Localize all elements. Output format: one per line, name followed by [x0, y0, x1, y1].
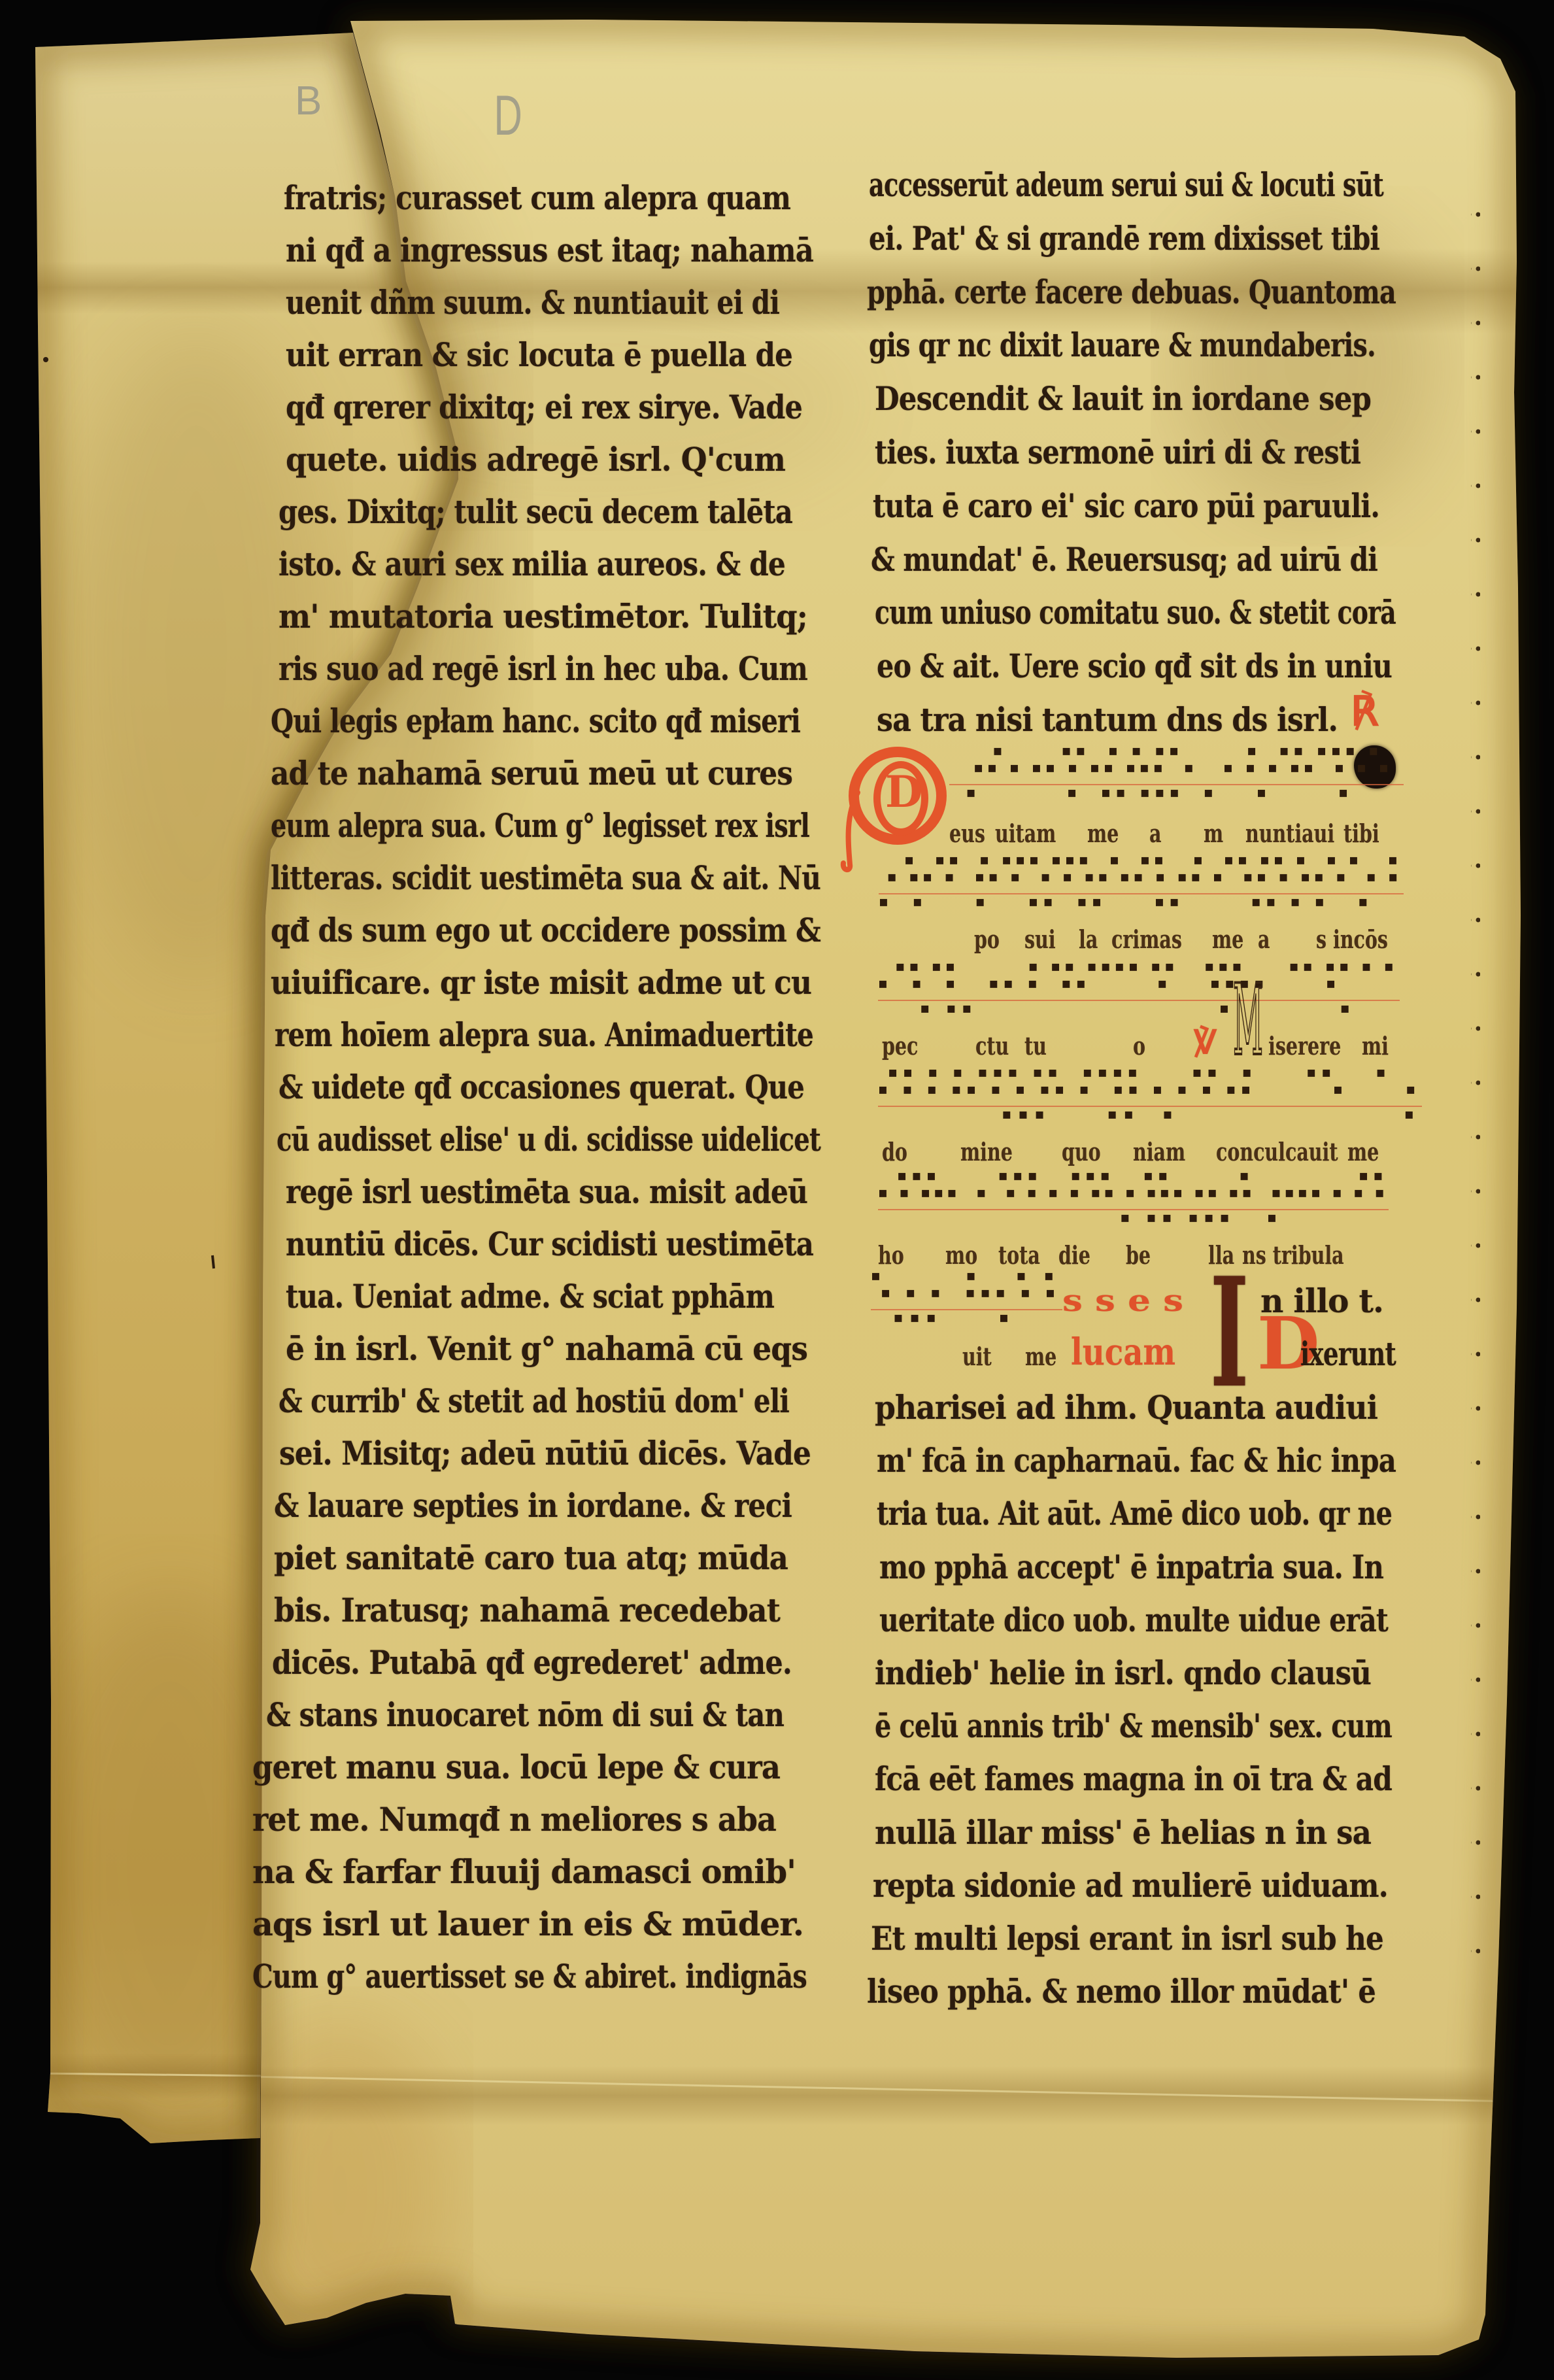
text-line: liseo pphā. & nemo illor mūdat' ē	[867, 1965, 1376, 2018]
lyric-syllable: be	[1126, 1243, 1151, 1268]
text-line: isto. & auri sex milia aureos. & de	[279, 538, 785, 590]
text-line: ē in isrl. Venit g° nahamā cū eqs	[286, 1323, 807, 1375]
neumes: ▪▪ ▪▪ ▪ ▪▪ ▪▪▪▪ ▪▪ ▪▪▪ ▪▪ ▪▪ ▪ ▪	[878, 960, 1398, 974]
text-line: qđ qrerer dixitq; ei rex sirye. Vade	[286, 381, 802, 433]
pencil-mark-b: B	[295, 81, 322, 122]
text-line: sei. Misitq; adeū nūtiū dicēs. Vade	[279, 1427, 811, 1480]
neumes: ▪ ▪▪ ▪ ▪▪▪ ▪▪▪ ▪ ▪▪ ▪ ▪▪ ▪▪ ▪ ▪ ▪ ▪	[879, 853, 1402, 868]
text-line: Et multi lepsi erant in isrl sub he	[871, 1912, 1383, 1965]
neumes: ▪ ▪ ▪ ▪▪ ▪ ▪ ▪▪ ▪ ▪▪ ▪ ▪ ▪ ▪▪ ▪ ▪	[878, 1083, 1421, 1097]
text-line: tuta ē caro ei' sic caro pūi paruuli.	[873, 480, 1379, 532]
text-line: ris suo ad regē isrl in hec uba. Cum	[279, 643, 807, 695]
lyric-syllable: conculcauit	[1216, 1140, 1338, 1164]
text-line: litteras. scidit uestimēta sua & ait. Nū	[271, 852, 820, 904]
text-line: gis qr nc dixit lauare & mundaberis.	[869, 319, 1376, 371]
text-line: pphā. certe facere debuas. Quantoma	[867, 266, 1396, 318]
lyric-syllable: mi	[1362, 1034, 1389, 1059]
neumes: ▪ ▪ ▪ ▪▪▪ ▪ ▪	[871, 1286, 1060, 1300]
neumes: ▪ ▪▪ ▪ ▪	[878, 1002, 1398, 1016]
text-line: dicēs. Putabā qđ egrederet' adme.	[272, 1637, 792, 1689]
text-line: nullā illar miss' ē helias n in sa	[875, 1807, 1371, 1859]
text-line: na & farfar fluuij damasci omib'	[252, 1846, 796, 1898]
lyric-syllable: o	[1133, 1034, 1145, 1059]
text-line: ueritate dico uob. multe uidue erāt	[879, 1594, 1388, 1646]
lyric-syllable: nuntiaui	[1245, 821, 1334, 846]
text-line: m' fcā in capharnaū. fac & hic inpa	[877, 1435, 1396, 1487]
text-line: nuntiū dicēs. Cur scidisti uestimēta	[286, 1218, 813, 1270]
lyric-syllable: uit	[962, 1344, 992, 1369]
text-line: ni qđ a ingressus est itaq; nahamā	[286, 224, 813, 277]
text-line: eum alepra sua. Cum g° legisset rex isrl	[271, 800, 809, 852]
lyric-syllable: po	[974, 927, 1000, 952]
neumes: ▪▪▪ ▪	[871, 1311, 1060, 1325]
lyric-syllable: m	[1204, 821, 1223, 846]
lyric-syllable: incōs	[1333, 927, 1388, 952]
responsory-rubric-mark: ℟	[1351, 692, 1379, 732]
neumes: ▪ ▪ ▪ ▪	[871, 1269, 1060, 1283]
margin-tick	[212, 1255, 214, 1268]
lyric-syllable: crimas	[1111, 927, 1182, 952]
text-line: Descendit & lauit in iordane sep	[875, 373, 1371, 425]
text-line: mo pphā accept' ē inpatria sua. In	[879, 1541, 1383, 1593]
gospel-rubric: s s e s	[1062, 1285, 1183, 1316]
text-line: quete. uidis adregē isrl. Q'cum	[286, 433, 785, 486]
text-line: ges. Dixitq; tulit secū decem talēta	[279, 486, 792, 538]
text-line: Cum g° auertisset se & abiret. indignās	[252, 1950, 807, 2003]
lyric-syllable: ns tribula	[1242, 1243, 1344, 1268]
lyric-syllable: a	[1149, 821, 1161, 846]
lyric-syllable: niam	[1133, 1140, 1185, 1164]
text-line: tua. Ueniat adme. & sciat pphām	[286, 1270, 774, 1323]
lyric-syllable: tibi	[1343, 821, 1379, 846]
lyric-syllable: la	[1079, 927, 1098, 952]
text-line: aqs isrl ut lauer in eis & mūder.	[252, 1898, 803, 1950]
gospel-incipit-cont: ixerunt	[1300, 1328, 1396, 1380]
margin-dot	[43, 357, 48, 362]
lyric-syllable: s	[1316, 927, 1326, 952]
text-line: ties. iuxta sermonē uiri di & resti	[875, 426, 1360, 479]
lyric-syllable: a	[1258, 927, 1270, 952]
text-line: tria tua. Ait aūt. Amē dico uob. qr ne	[877, 1487, 1392, 1540]
lyric-syllable: quo	[1062, 1140, 1101, 1164]
text-line: & stans inuocaret nōm di sui & tan	[266, 1689, 784, 1741]
text-line: repta sidonie ad mulierē uiduam.	[873, 1860, 1388, 1912]
neumes: ▪ ▪ ▪ ▪▪ ▪ ▪▪ ▪ ▪▪▪▪ ▪	[878, 977, 1398, 991]
lyric-syllable: mine	[960, 1140, 1013, 1164]
text-line: qđ ds sum ego ut occidere possim &	[271, 904, 820, 957]
text-line: Qui legis epłam hanc. scito qđ miseri	[271, 695, 800, 747]
lyric-syllable: iserere	[1268, 1034, 1341, 1059]
text-line: cum uniuso comitatu suo. & stetit corā	[875, 586, 1396, 639]
text-line: accesserūt adeum serui sui & locuti sūt	[869, 159, 1383, 211]
text-line: m' mutatoria uestimētor. Tulitq;	[279, 590, 807, 643]
text-line: rem hoīem alepra sua. Animaduertite	[275, 1009, 813, 1061]
lyric-syllable: ho	[878, 1243, 904, 1268]
lyric-syllable: me	[1025, 1344, 1056, 1369]
lyric-syllable: pec	[882, 1034, 918, 1059]
lyric-syllable: me	[1347, 1140, 1379, 1164]
text-line: eo & ait. Uere scio qđ sit ds in uniu	[877, 640, 1392, 692]
neumes: ▪ ▪ ▪▪ ▪▪▪ ▪ ▪ ▪	[956, 786, 1401, 800]
text-line: uiuificare. qr iste misit adme ut cu	[271, 957, 811, 1009]
neumes: ▪ ▪▪ ▪ ▪▪ ▪ ▪ ▪ ▪▪ ▪▪ ▪ ▪▪ ▪ ▪▪ ▪ ▪▪ ▪ ▪…	[879, 870, 1402, 885]
neumes: ▪▪ ▪ ▪ ▪▪▪ ▪▪ ▪▪▪▪ ▪▪ ▪ ▪▪ ▪	[878, 1066, 1421, 1080]
text-line: cū audisset elise' u di. scidisse uideli…	[277, 1113, 820, 1166]
text-line: ei. Pat' & si grandē rem dixisset tibi	[869, 212, 1379, 265]
text-line: ret me. Numqđ n meliores s aba	[252, 1793, 776, 1846]
text-line: pharisei ad ihm. Quanta audiui	[875, 1382, 1377, 1434]
text-line: ē celū annis trib' & mensib' sex. cum	[875, 1700, 1392, 1752]
prick-marks	[1471, 211, 1480, 2002]
lyric-syllable: uitam	[995, 821, 1056, 846]
text-line: ad te nahamā seruū meū ut cures	[271, 747, 792, 800]
text-line: indieb' helie in isrl. qndo clausū	[875, 1647, 1371, 1699]
text-line: bis. Iratusq; nahamā recedebat	[274, 1584, 780, 1637]
text-line: piet sanitatē caro tua atq; mūda	[274, 1532, 788, 1584]
manuscript-leaf: B D fratris; curasset cum alepra quam ni…	[0, 0, 1554, 2380]
verse-initial-m: M	[1233, 972, 1263, 1070]
lyric-syllable: tu	[1024, 1034, 1047, 1059]
text-line: & lauare septies in iordane. & reci	[274, 1480, 792, 1532]
neumes: ▪ ▪ ▪▪▪ ▪ ▪ ▪ ▪ ▪ ▪▪ ▪ ▪▪▪ ▪▪ ▪▪ ▪▪▪▪ ▪ …	[878, 1186, 1388, 1200]
text-line: fratris; curasset cum alepra quam	[284, 172, 790, 224]
text-line: fcā eēt fames magna in oī tra & ad	[875, 1753, 1392, 1805]
lyric-syllable: tota	[998, 1243, 1040, 1268]
pencil-mark-d: D	[494, 95, 522, 136]
text-line: uit erran & sic locuta ē puella de	[286, 329, 792, 381]
lyric-syllable: do	[882, 1140, 907, 1164]
lyric-syllable: sui	[1024, 927, 1056, 952]
text-line: regē isrl uestimēta sua. misit adeū	[286, 1166, 807, 1218]
gospel-rubric-book: lucam	[1071, 1334, 1175, 1370]
text-line: & mundat' ē. Reuersusq; ad uirū di	[871, 534, 1377, 586]
neumes: ▪▪ ▪ ▪▪ ▪ ▪▪ ▪▪▪ ▪ ▪ ▪ ▪ ▪▪ ▪ ▪ ▪	[956, 761, 1401, 775]
lyric-syllable: me	[1087, 821, 1119, 846]
lyric-syllable: die	[1058, 1243, 1090, 1268]
drop-cap-d: D	[885, 770, 922, 813]
text-line: sa tra nisi tantum dns ds isrl.	[877, 694, 1338, 746]
lyric-syllable: ctu	[975, 1034, 1009, 1059]
lyric-syllable: me	[1212, 927, 1243, 952]
verse-mark: ℣	[1193, 1027, 1218, 1059]
neumes: ▪▪▪ ▪▪ ▪ ▪	[878, 1108, 1421, 1122]
neumes: ▪ ▪ ▪ ▪▪ ▪▪ ▪▪ ▪▪ ▪ ▪ ▪	[879, 895, 1402, 909]
neumes: ▪ ▪▪ ▪ ▪ ▪▪ ▪ ▪▪ ▪▪▪ ▪	[956, 744, 1401, 758]
text-line: geret manu sua. locū lepe & cura	[252, 1741, 780, 1793]
lyric-syllable: eus	[949, 821, 985, 846]
text-line: & uidete qđ occasiones querat. Que	[279, 1061, 804, 1113]
lyric-syllable: mo	[945, 1243, 977, 1268]
neumes: ▪ ▪▪ ▪▪▪ ▪	[878, 1211, 1388, 1225]
text-line: & currib' & stetit ad hostiū dom' eli	[279, 1375, 789, 1427]
neumes: ▪▪▪ ▪▪▪ ▪▪▪ ▪▪ ▪ ▪▪	[878, 1169, 1388, 1183]
text-line: uenit dñm suum. & nuntiauit ei di	[286, 277, 779, 329]
